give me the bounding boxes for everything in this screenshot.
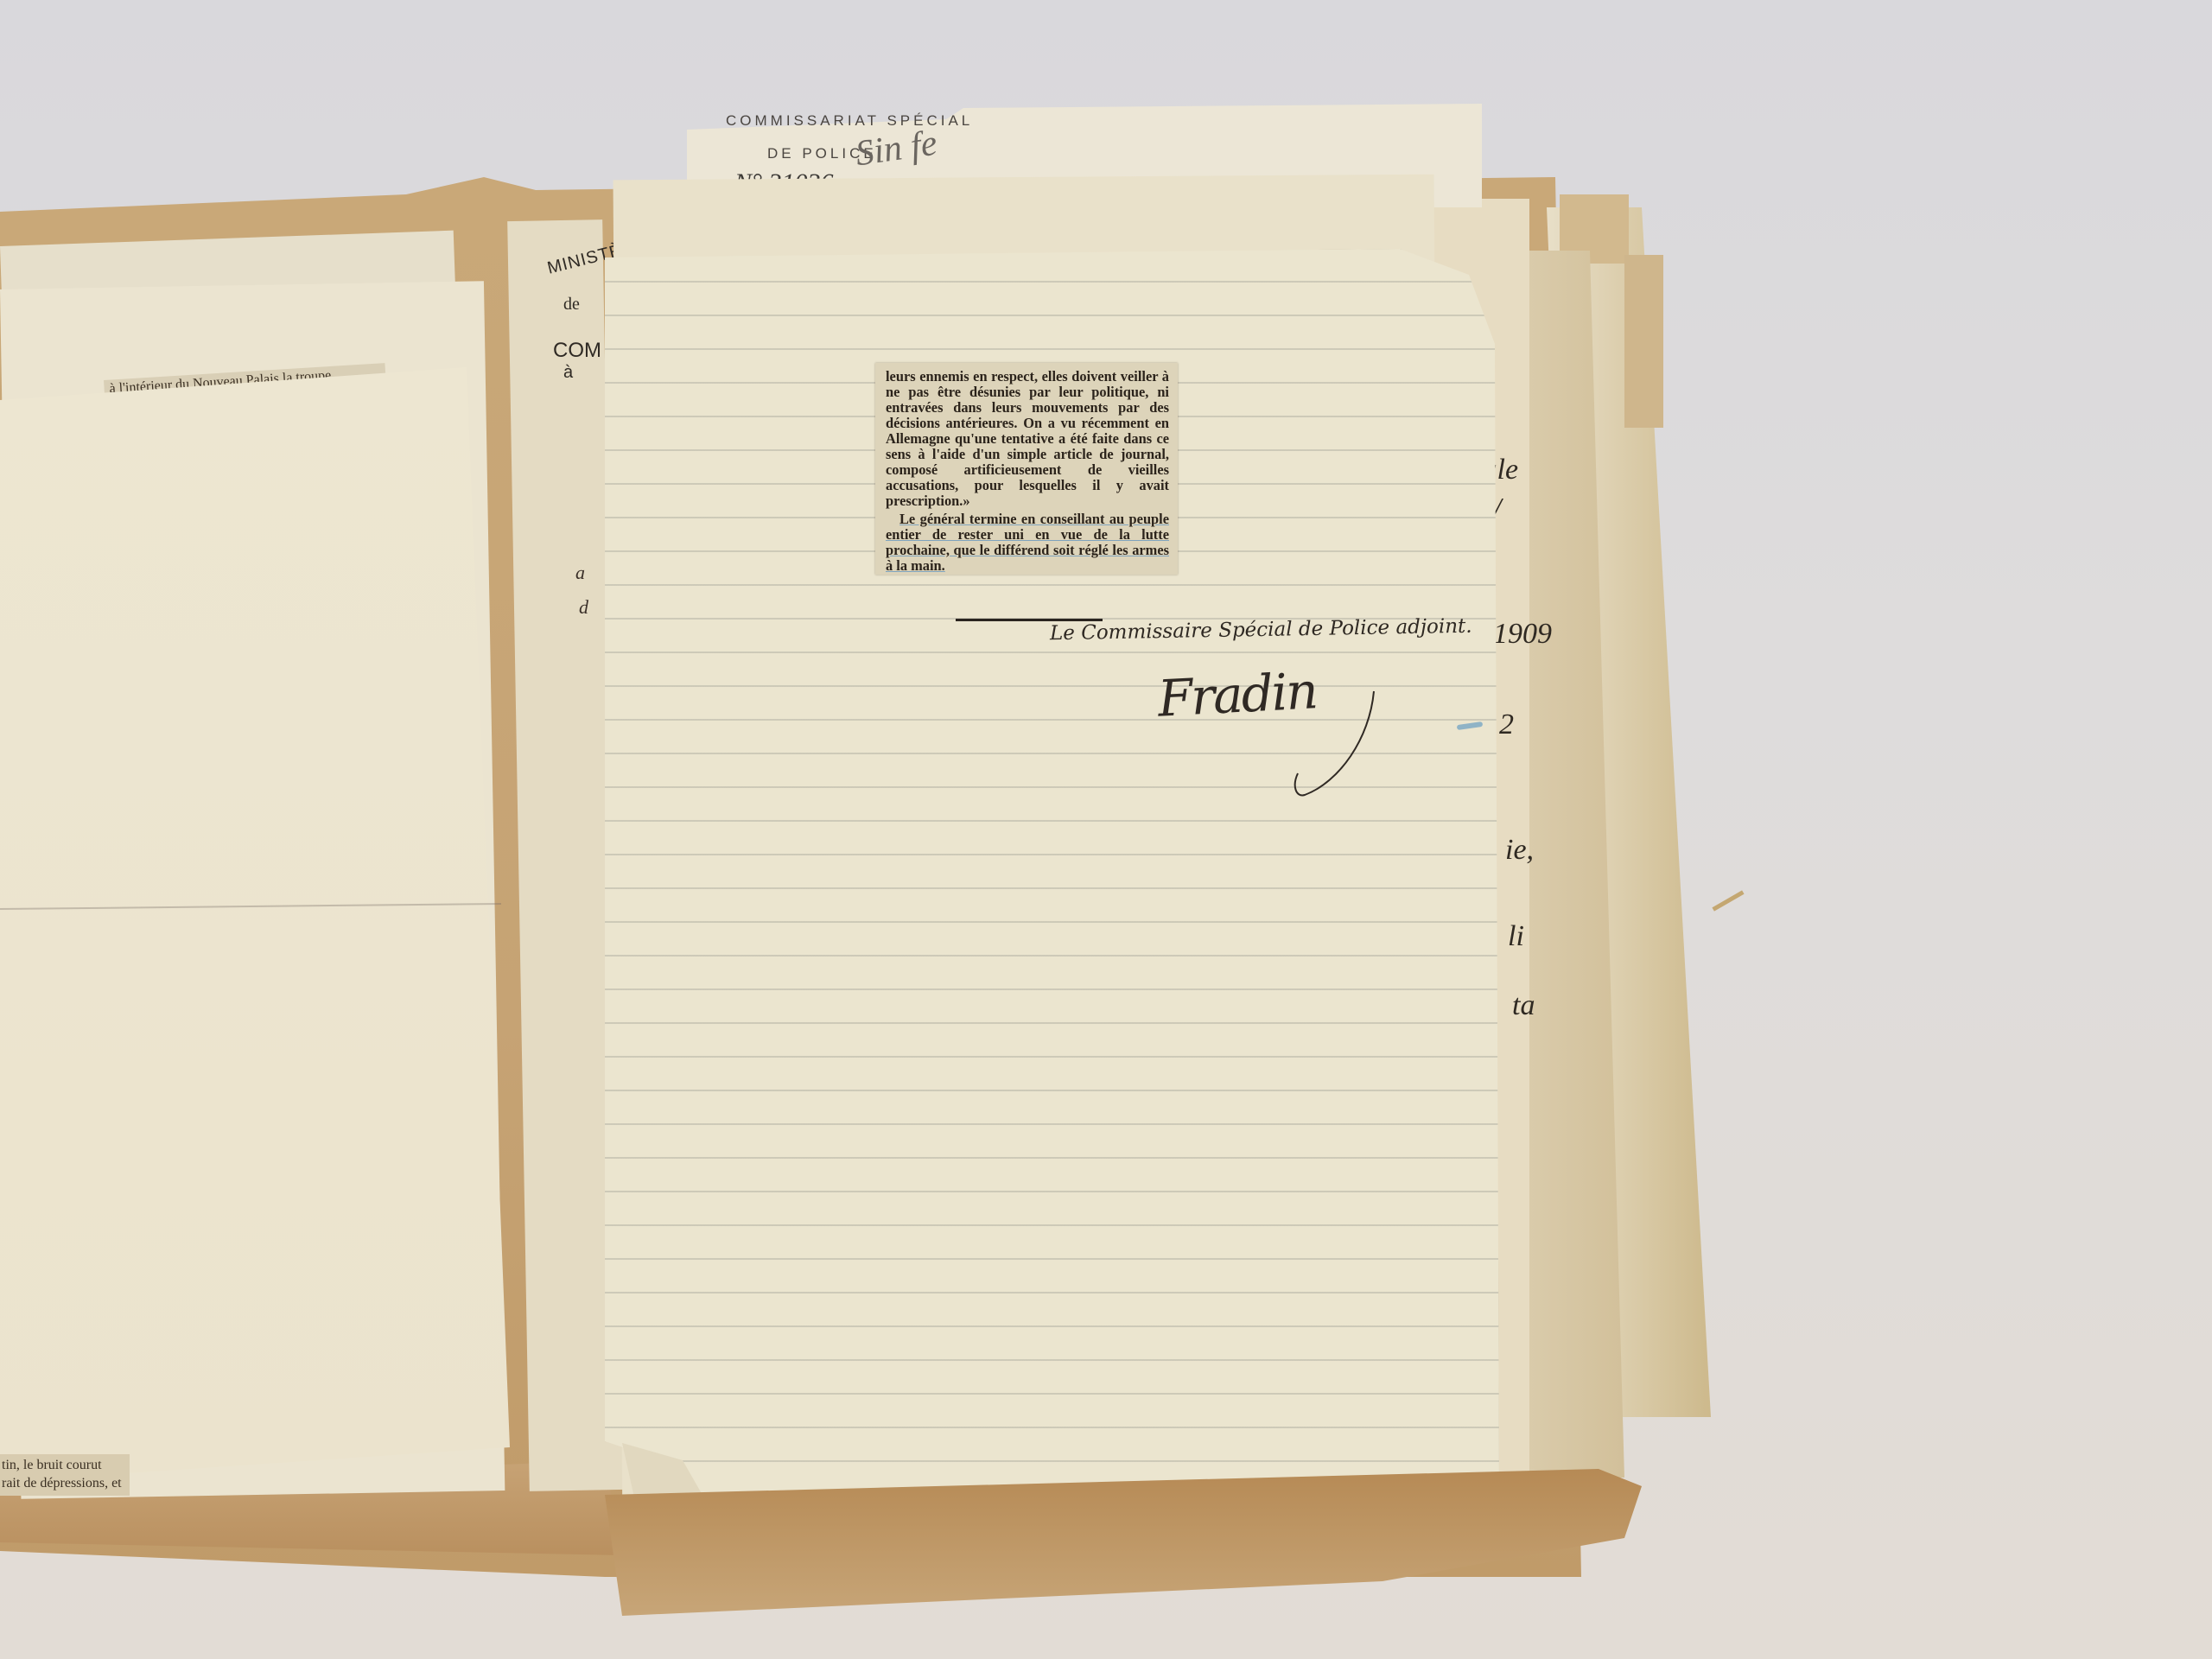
signature-rule (956, 619, 1103, 621)
strip-line: rait de dépressions, et (2, 1474, 130, 1492)
margin-fragment: ie, (1505, 834, 1534, 867)
strip-line: tin, le bruit courut (2, 1456, 130, 1474)
handwriting-fragment: d (579, 596, 588, 619)
handwriting-fragment: a (575, 562, 585, 584)
paper-scrap (1712, 890, 1744, 911)
newspaper-clipping: leurs ennemis en respect, elles doivent … (875, 363, 1178, 575)
margin-fragment: li (1508, 920, 1524, 953)
margin-fragment: 2 (1499, 709, 1514, 741)
clipping-paragraph-underlined: Le général termine en conseillant au peu… (886, 512, 1169, 574)
folder-flap-bottom (605, 1469, 1642, 1624)
letterhead: MINISTÈ de COM à (529, 259, 615, 383)
margin-fragment: 1909 (1493, 618, 1552, 651)
torn-tab (1624, 255, 1663, 428)
left-sheet-front[interactable] (0, 367, 510, 1482)
newspaper-strip-bottom: tin, le bruit courut rait de dépressions… (0, 1454, 130, 1496)
stamp-commissariat: COMMISSARIAT SPÉCIAL (726, 112, 973, 130)
signature-flourish-icon (1287, 687, 1382, 799)
margin-fragment: ta (1512, 989, 1535, 1022)
clipping-paragraph: leurs ennemis en respect, elles doivent … (886, 369, 1169, 509)
